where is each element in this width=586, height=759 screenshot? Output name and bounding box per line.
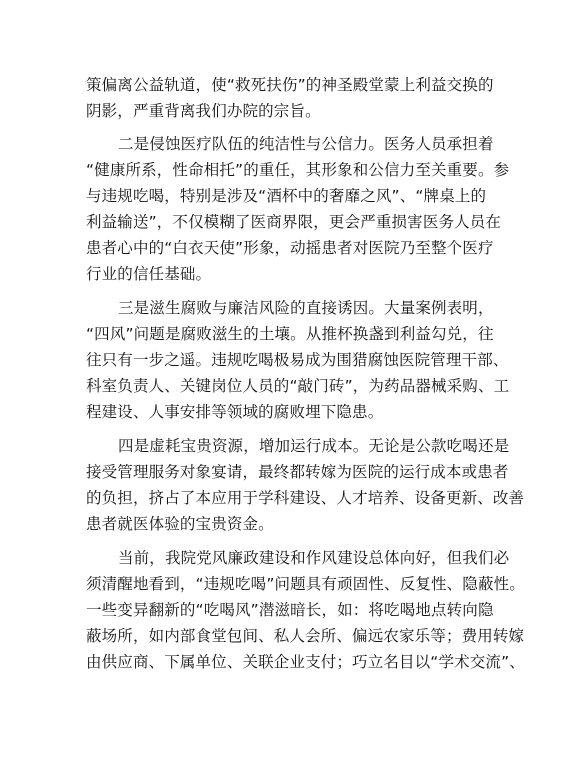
paragraph-line: 当前，我院党风廉政建设和作风建设总体向好，但我们必	[118, 549, 538, 567]
paragraph-line: 科室负责人、关键岗位人员的“敲门砖”，为药品器械采购、工	[86, 377, 506, 395]
paragraph-line: 阴影，严重背离我们办院的宗旨。	[86, 102, 506, 120]
paragraph-line: 须清醒地看到，“违规吃喝”问题具有顽固性、反复性、隐蔽性。	[86, 575, 506, 593]
paragraph-line: 四是虚耗宝贵资源，增加运行成本。无论是公款吃喝还是	[118, 437, 538, 455]
paragraph-line: 患者就医体验的宝贵资金。	[86, 515, 506, 533]
paragraph-line: 行业的信任基础。	[86, 265, 506, 283]
paragraph-line: 三是滋生腐败与廉洁风险的直接诱因。大量案例表明，	[118, 299, 538, 317]
paragraph-line: 二是侵蚀医疗队伍的纯洁性与公信力。医务人员承担着	[118, 135, 538, 153]
paragraph-line: 蔽场所，如内部食堂包间、私人会所、偏远农家乐等；费用转嫁	[86, 627, 506, 645]
paragraph-line: 策偏离公益轨道，使“救死扶伤”的神圣殿堂蒙上利益交换的	[86, 76, 506, 94]
paragraph-line: 往只有一步之遥。违规吃喝极易成为围猎腐蚀医院管理干部、	[86, 351, 506, 369]
paragraph-line: 与违规吃喝，特别是涉及“酒杯中的奢靡之风”、“牌桌上的	[86, 187, 506, 205]
paragraph-line: 接受管理服务对象宴请，最终都转嫁为医院的运行成本或患者	[86, 463, 506, 481]
paragraph-line: “健康所系，性命相托”的重任，其形象和公信力至关重要。参	[86, 161, 506, 179]
document-page: 策偏离公益轨道，使“救死扶伤”的神圣殿堂蒙上利益交换的 阴影，严重背离我们办院的…	[0, 0, 586, 759]
paragraph-line: 由供应商、下属单位、关联企业支付；巧立名目以“学术交流”、	[86, 653, 506, 671]
paragraph-line: 一些变异翻新的“吃喝风”潜滋暗长，如：将吃喝地点转向隐	[86, 601, 506, 619]
paragraph-line: “四风”问题是腐败滋生的土壤。从推杯换盏到利益勾兑，往	[86, 325, 506, 343]
paragraph-line: 患者心中的“白衣天使”形象，动摇患者对医院乃至整个医疗	[86, 239, 506, 257]
paragraph-line: 程建设、人事安排等领域的腐败埋下隐患。	[86, 403, 506, 421]
paragraph-line: 的负担，挤占了本应用于学科建设、人才培养、设备更新、改善	[86, 489, 506, 507]
paragraph-line: 利益输送”，不仅模糊了医商界限，更会严重损害医务人员在	[86, 213, 506, 231]
